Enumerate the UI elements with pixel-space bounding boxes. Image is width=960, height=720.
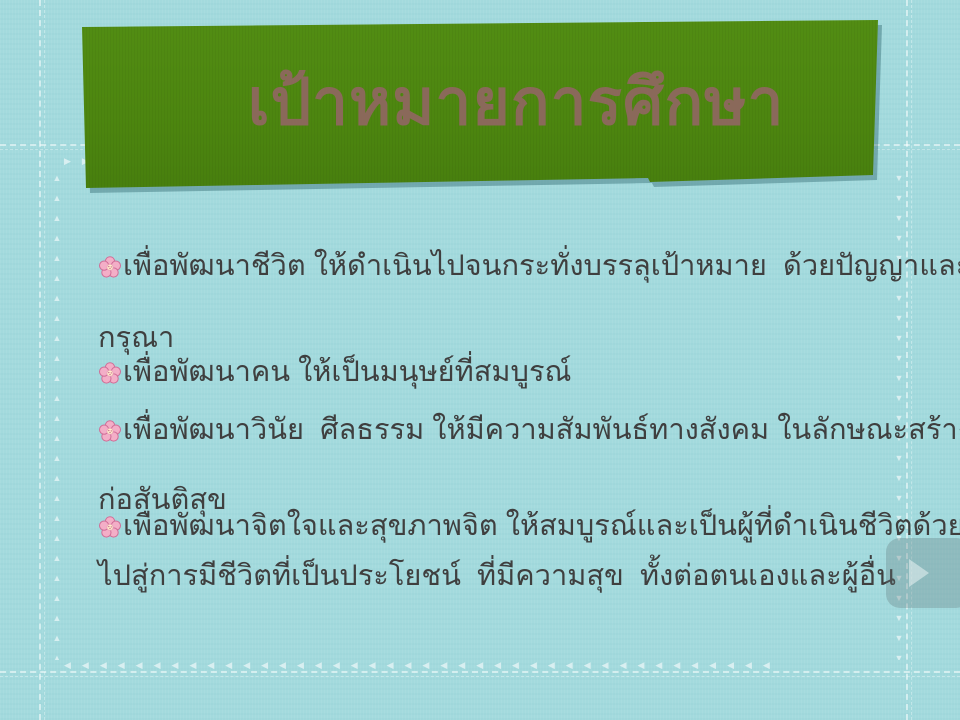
flower-bullet-icon: [98, 419, 122, 443]
bullet-text: เพื่อพัฒนาคน ให้เป็นมนุษย์ที่สมบูรณ์: [123, 352, 571, 392]
title-banner: เป้าหมายการศึกษา: [80, 20, 880, 192]
bullet-line: เพื่อพัฒนาวินัย ศีลธรรม ให้มีความสัมพันธ…: [98, 410, 960, 454]
bullet-line: เพื่อพัฒนาจิตใจและสุขภาพจิต ให้สมบูรณ์แล…: [98, 506, 960, 550]
bullet-text: เพื่อพัฒนาจิตใจและสุขภาพจิต ให้สมบูรณ์แล…: [123, 506, 960, 546]
wrapped-text: ไปสู่การมีชีวิตที่เป็นประโยชน์ ที่มีความ…: [98, 556, 896, 596]
border-stitch-left: [39, 0, 45, 720]
bullet-text: เพื่อพัฒนาวินัย ศีลธรรม ให้มีความสัมพันธ…: [123, 410, 960, 450]
flower-bullet-icon: [98, 515, 122, 539]
border-arrows-bottom-icon: ◀◀◀◀◀◀◀◀◀◀◀◀◀◀◀◀◀◀◀◀◀◀◀◀◀◀◀◀◀◀◀◀◀◀◀◀◀◀◀◀: [64, 656, 896, 674]
slide-canvas: ▶▶▶▶▶▶▶▶▶▶▶▶▶▶▶▶▶▶▶▶▶▶▶▶▶▶▶▶▶▶▶▶▶▶▶▶▶▶▶▶…: [0, 0, 960, 720]
bullet-text: เพื่อพัฒนาชีวิต ให้ดำเนินไปจนกระทั่งบรรล…: [123, 246, 960, 286]
flower-bullet-icon: [98, 255, 122, 279]
border-stitch-right: [906, 0, 912, 720]
bullet-line: เพื่อพัฒนาคน ให้เป็นมนุษย์ที่สมบูรณ์: [98, 352, 571, 396]
flower-bullet-icon: [98, 361, 122, 385]
play-icon: [909, 559, 929, 587]
title-banner-shape: เป้าหมายการศึกษา: [80, 20, 880, 192]
text-line: ไปสู่การมีชีวิตที่เป็นประโยชน์ ที่มีความ…: [98, 556, 896, 600]
border-arrows-left-icon: ▲ ▲ ▲ ▲ ▲ ▲ ▲ ▲ ▲ ▲ ▲ ▲ ▲ ▲ ▲ ▲ ▲ ▲ ▲ ▲ …: [50, 168, 64, 660]
bullet-line: เพื่อพัฒนาชีวิต ให้ดำเนินไปจนกระทั่งบรรล…: [98, 246, 960, 290]
next-slide-button[interactable]: [886, 538, 960, 608]
slide-title: เป้าหมายการศึกษา: [248, 51, 785, 153]
